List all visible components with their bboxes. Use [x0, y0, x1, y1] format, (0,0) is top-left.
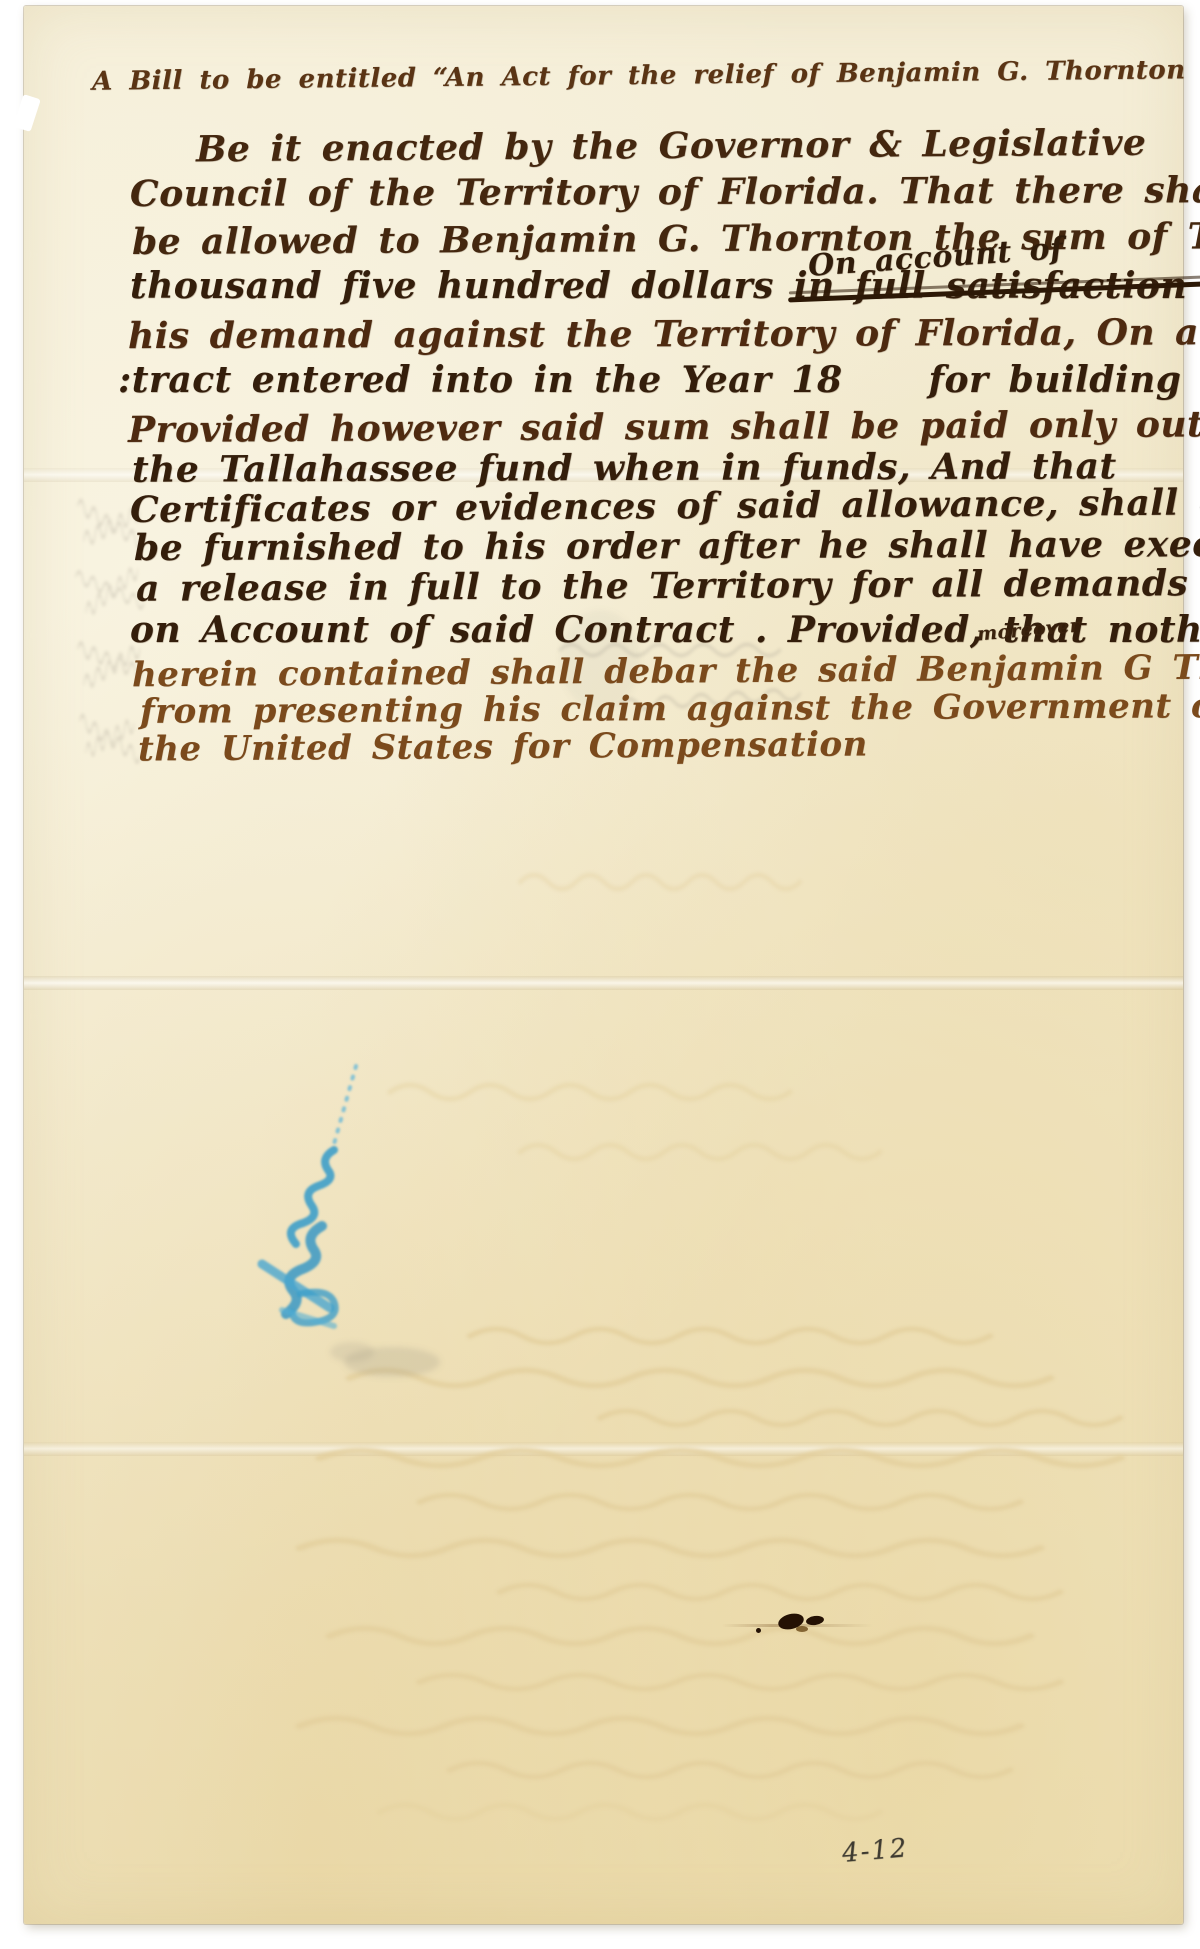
manuscript-line-4-amount: thousand five hundred dollars in full sa… — [130, 266, 1200, 307]
manuscript-line-5: his demand against the Territory of Flor… — [128, 312, 1200, 358]
amount-text: thousand five hundred dollars — [130, 265, 794, 307]
ink-blot-tail — [796, 1626, 808, 1632]
correction-anchor: in full satisfaction forOn account of — [794, 266, 1200, 307]
manuscript-line-11: a release in full to the Territory for a… — [136, 563, 1188, 610]
ink-blot-dot — [756, 1628, 761, 1633]
manuscript-line-7: Provided however said sum shall be paid … — [128, 404, 1200, 451]
manuscript-line-1: Be it enacted by the Governor & Legislat… — [196, 123, 1147, 171]
proviso-text: on Account of said Contract . Provided, — [130, 609, 983, 651]
year-clause: :tract entered into in the Year 18 — [118, 359, 843, 401]
scanned-document-page: A Bill to be entitled “An Act for the re… — [0, 0, 1200, 1949]
manuscript-line-2: Council of the Territory of Florida. Tha… — [130, 170, 1200, 215]
capitol-clause: for building a Capitol — [929, 359, 1200, 401]
archival-page-number: 4-12 — [841, 1833, 910, 1869]
manuscript-line-6-year: :tract entered into in the Year 18for bu… — [118, 360, 1200, 401]
manuscript-line-12-proviso: on Account of said Contract . Provided,m… — [130, 610, 1200, 651]
manuscript-line-15: the United States for Compensation — [138, 725, 868, 769]
